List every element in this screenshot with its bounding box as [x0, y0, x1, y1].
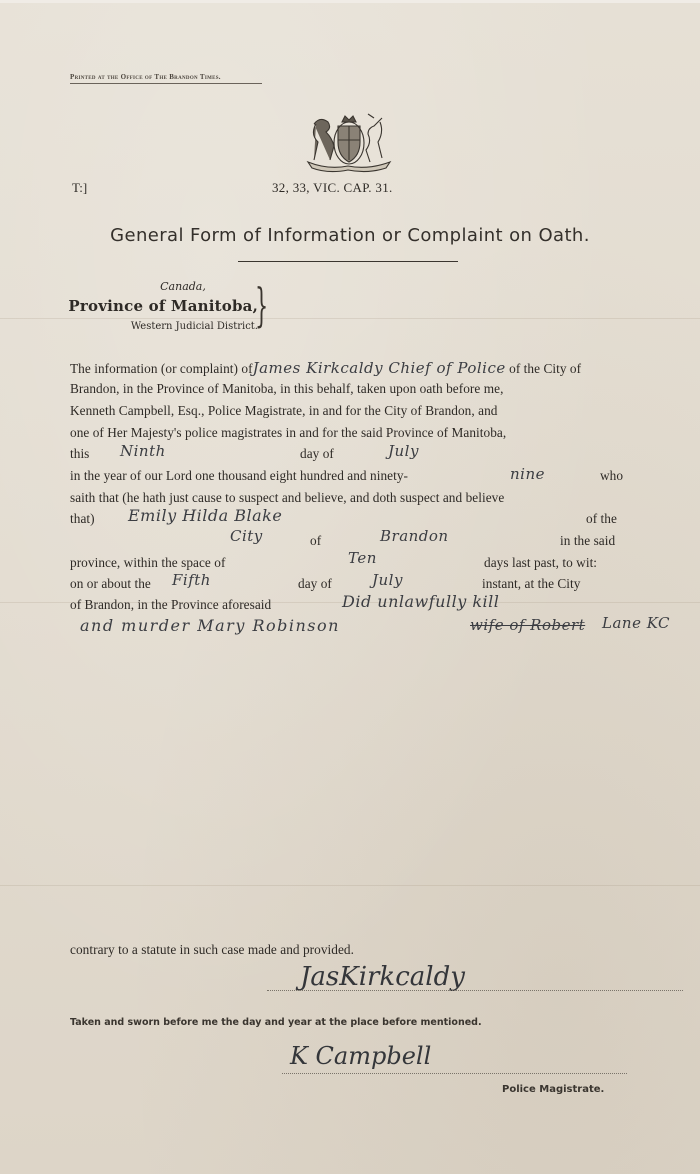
printed-text: this [70, 446, 89, 461]
printed-text: in the year of our Lord one thousand eig… [70, 468, 408, 483]
magistrate-label: Police Magistrate. [502, 1084, 604, 1095]
title-rule [238, 261, 458, 262]
month-handwritten: July [388, 442, 419, 460]
printed-text: on or about the [70, 576, 151, 591]
royal-coat-of-arms-icon [300, 112, 398, 174]
struck-text-handwritten: wife of Robert [470, 616, 585, 634]
document-page: Printed at the Office of The Brandon Tim… [0, 0, 700, 1174]
printed-text: of Brandon, in the Province aforesaid [70, 597, 271, 612]
printed-text: instant, at the City [482, 576, 581, 592]
document-title: General Form of Information or Complaint… [0, 225, 700, 246]
printed-text: that) [70, 511, 95, 526]
magistrate-signature: K Campbell [290, 1042, 431, 1070]
body-line-11: on or about the Fifth day of July instan… [70, 576, 630, 592]
body-line-12: of Brandon, in the Province aforesaid Di… [70, 597, 630, 613]
venue-block: Canada, Province of Manitoba, Western Ju… [68, 280, 258, 332]
body-line-10: province, within the space of Ten days l… [70, 555, 630, 571]
informant-name-handwritten: James Kirkcaldy Chief of Police [253, 359, 506, 377]
city-handwritten: Brandon [380, 527, 449, 545]
days-handwritten: Ten [348, 549, 377, 567]
printed-text: day of [300, 446, 334, 462]
closing-line: contrary to a statute in such case made … [70, 942, 630, 958]
printed-text: in the said [560, 533, 615, 549]
informant-signature-line [267, 990, 683, 991]
venue-district: Western Judicial District. [68, 321, 258, 332]
place-type-handwritten: City [230, 527, 263, 545]
paper-fold [0, 885, 700, 886]
printed-text: who [600, 468, 623, 484]
accused-name-handwritten: Emily Hilda Blake [128, 506, 282, 525]
body-line-6: in the year of our Lord one thousand eig… [70, 468, 630, 484]
informant-signature: JasKirkcaldy [300, 962, 465, 992]
printed-text: province, within the space of [70, 555, 225, 570]
initials-handwritten: Lane KC [602, 614, 670, 632]
printed-text: The information (or complaint) of [70, 361, 253, 376]
printed-text: days last past, to wit: [484, 555, 597, 571]
body-line-4: one of Her Majesty's police magistrates … [70, 425, 630, 441]
charge-handwritten: Did unlawfully kill [342, 592, 499, 611]
offence-month-handwritten: July [372, 571, 403, 589]
body-line-1: The information (or complaint) ofJames K… [70, 359, 630, 377]
magistrate-signature-line [282, 1073, 627, 1074]
paper-edge [0, 0, 700, 3]
form-code: T:] [72, 180, 87, 196]
venue-country: Canada, [108, 280, 258, 293]
venue-brace: } [255, 282, 268, 328]
printed-text: of the City of [509, 361, 581, 376]
year-handwritten: nine [510, 465, 545, 483]
charge-continued-handwritten: and murder Mary Robinson [80, 616, 340, 635]
body-line-3: Kenneth Campbell, Esq., Police Magistrat… [70, 403, 630, 419]
body-line-2: Brandon, in the Province of Manitoba, in… [70, 381, 630, 397]
day-handwritten: Ninth [120, 442, 166, 460]
printer-imprint: Printed at the Office of The Brandon Tim… [70, 73, 262, 84]
body-line-7: saith that (he hath just cause to suspec… [70, 490, 630, 506]
body-line-8: that) Emily Hilda Blake of the [70, 511, 630, 527]
printed-text: day of [298, 576, 332, 592]
body-line-5: this Ninth day of July [70, 446, 630, 462]
jurat-text: Taken and sworn before me the day and ye… [70, 1017, 482, 1028]
printed-text: of [310, 533, 321, 549]
statute-reference: 32, 33, VIC. CAP. 31. [272, 180, 393, 196]
offence-day-handwritten: Fifth [172, 571, 211, 589]
venue-province: Province of Manitoba, [68, 297, 258, 315]
printed-text: of the [586, 511, 617, 527]
